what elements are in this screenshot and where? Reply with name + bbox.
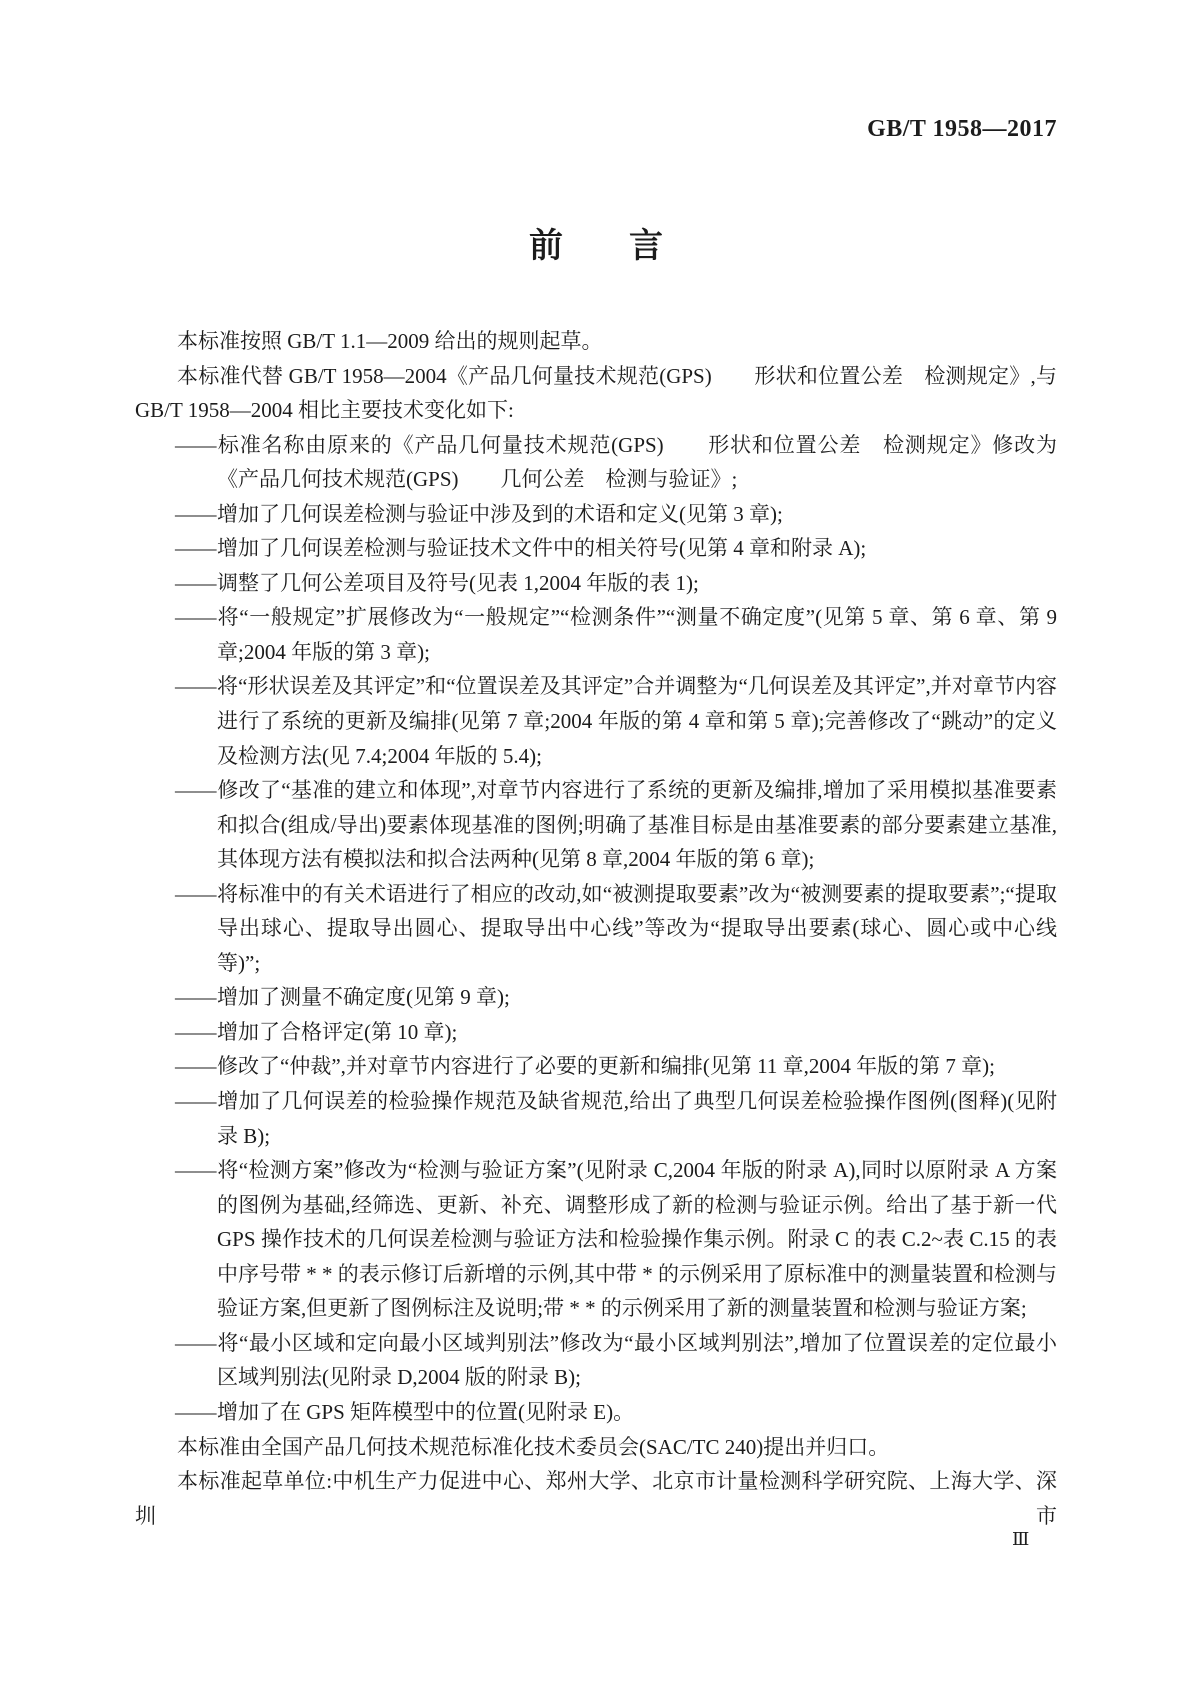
change-list-item: ——增加了几何误差的检验操作规范及缺省规范,给出了典型几何误差检验操作图例(图释…: [135, 1084, 1057, 1153]
dash-marker: ——: [135, 1049, 217, 1084]
dash-marker: ——: [135, 428, 217, 463]
change-list-item: ——修改了“仲裁”,并对章节内容进行了必要的更新和编排(见第 11 章,2004…: [135, 1049, 1057, 1084]
change-list-item: ——修改了“基准的建立和体现”,对章节内容进行了系统的更新及编排,增加了采用模拟…: [135, 773, 1057, 877]
paragraph: 本标准起草单位:中机生产力促进中心、郑州大学、北京市计量检测科学研究院、上海大学…: [135, 1464, 1057, 1533]
change-list-item: ——增加了测量不确定度(见第 9 章);: [135, 980, 1057, 1015]
dash-marker: ——: [135, 1084, 217, 1119]
change-list-item: ——将“检测方案”修改为“检测与验证方案”(见附录 C,2004 年版的附录 A…: [135, 1153, 1057, 1326]
change-list-item: ——增加了几何误差检测与验证中涉及到的术语和定义(见第 3 章);: [135, 497, 1057, 532]
dash-marker: ——: [135, 1326, 217, 1361]
page-number: Ⅲ: [1012, 1528, 1029, 1550]
page-title-char: 前: [529, 227, 563, 265]
change-list-item: ——将“形状误差及其评定”和“位置误差及其评定”合并调整为“几何误差及其评定”,…: [135, 669, 1057, 773]
change-list-item: ——将标准中的有关术语进行了相应的改动,如“被测提取要素”改为“被测要素的提取要…: [135, 877, 1057, 981]
change-list-item: ——增加了合格评定(第 10 章);: [135, 1015, 1057, 1050]
page-title-char: 言: [629, 227, 663, 265]
dash-marker: ——: [135, 1153, 217, 1188]
standard-number: GB/T 1958—2017: [135, 116, 1057, 143]
dash-marker: ——: [135, 497, 217, 532]
change-list-item: ——将“最小区域和定向最小区域判别法”修改为“最小区域判别法”,增加了位置误差的…: [135, 1326, 1057, 1395]
change-list-item: ——增加了几何误差检测与验证技术文件中的相关符号(见第 4 章和附录 A);: [135, 531, 1057, 566]
dash-marker: ——: [135, 877, 217, 912]
dash-marker: ——: [135, 1395, 217, 1430]
paragraph: 本标准由全国产品几何技术规范标准化技术委员会(SAC/TC 240)提出并归口。: [135, 1430, 1057, 1465]
dash-marker: ——: [135, 773, 217, 808]
document-page: GB/T 1958—2017 前 言 本标准按照 GB/T 1.1—2009 给…: [0, 0, 1191, 1684]
dash-marker: ——: [135, 600, 217, 635]
foreword-body: 本标准按照 GB/T 1.1—2009 给出的规则起草。 本标准代替 GB/T …: [135, 324, 1057, 1533]
dash-marker: ——: [135, 566, 217, 601]
dash-marker: ——: [135, 980, 217, 1015]
dash-marker: ——: [135, 1015, 217, 1050]
dash-marker: ——: [135, 669, 217, 704]
change-list-item: ——调整了几何公差项目及符号(见表 1,2004 年版的表 1);: [135, 566, 1057, 601]
dash-marker: ——: [135, 531, 217, 566]
change-list-item: ——标准名称由原来的《产品几何量技术规范(GPS) 形状和位置公差 检测规定》修…: [135, 428, 1057, 497]
paragraph: 本标准代替 GB/T 1958—2004《产品几何量技术规范(GPS) 形状和位…: [135, 359, 1057, 428]
paragraph: 本标准按照 GB/T 1.1—2009 给出的规则起草。: [135, 324, 1057, 359]
page-title: 前 言: [135, 227, 1057, 265]
change-list-item: ——将“一般规定”扩展修改为“一般规定”“检测条件”“测量不确定度”(见第 5 …: [135, 600, 1057, 669]
change-list-item: ——增加了在 GPS 矩阵模型中的位置(见附录 E)。: [135, 1395, 1057, 1430]
